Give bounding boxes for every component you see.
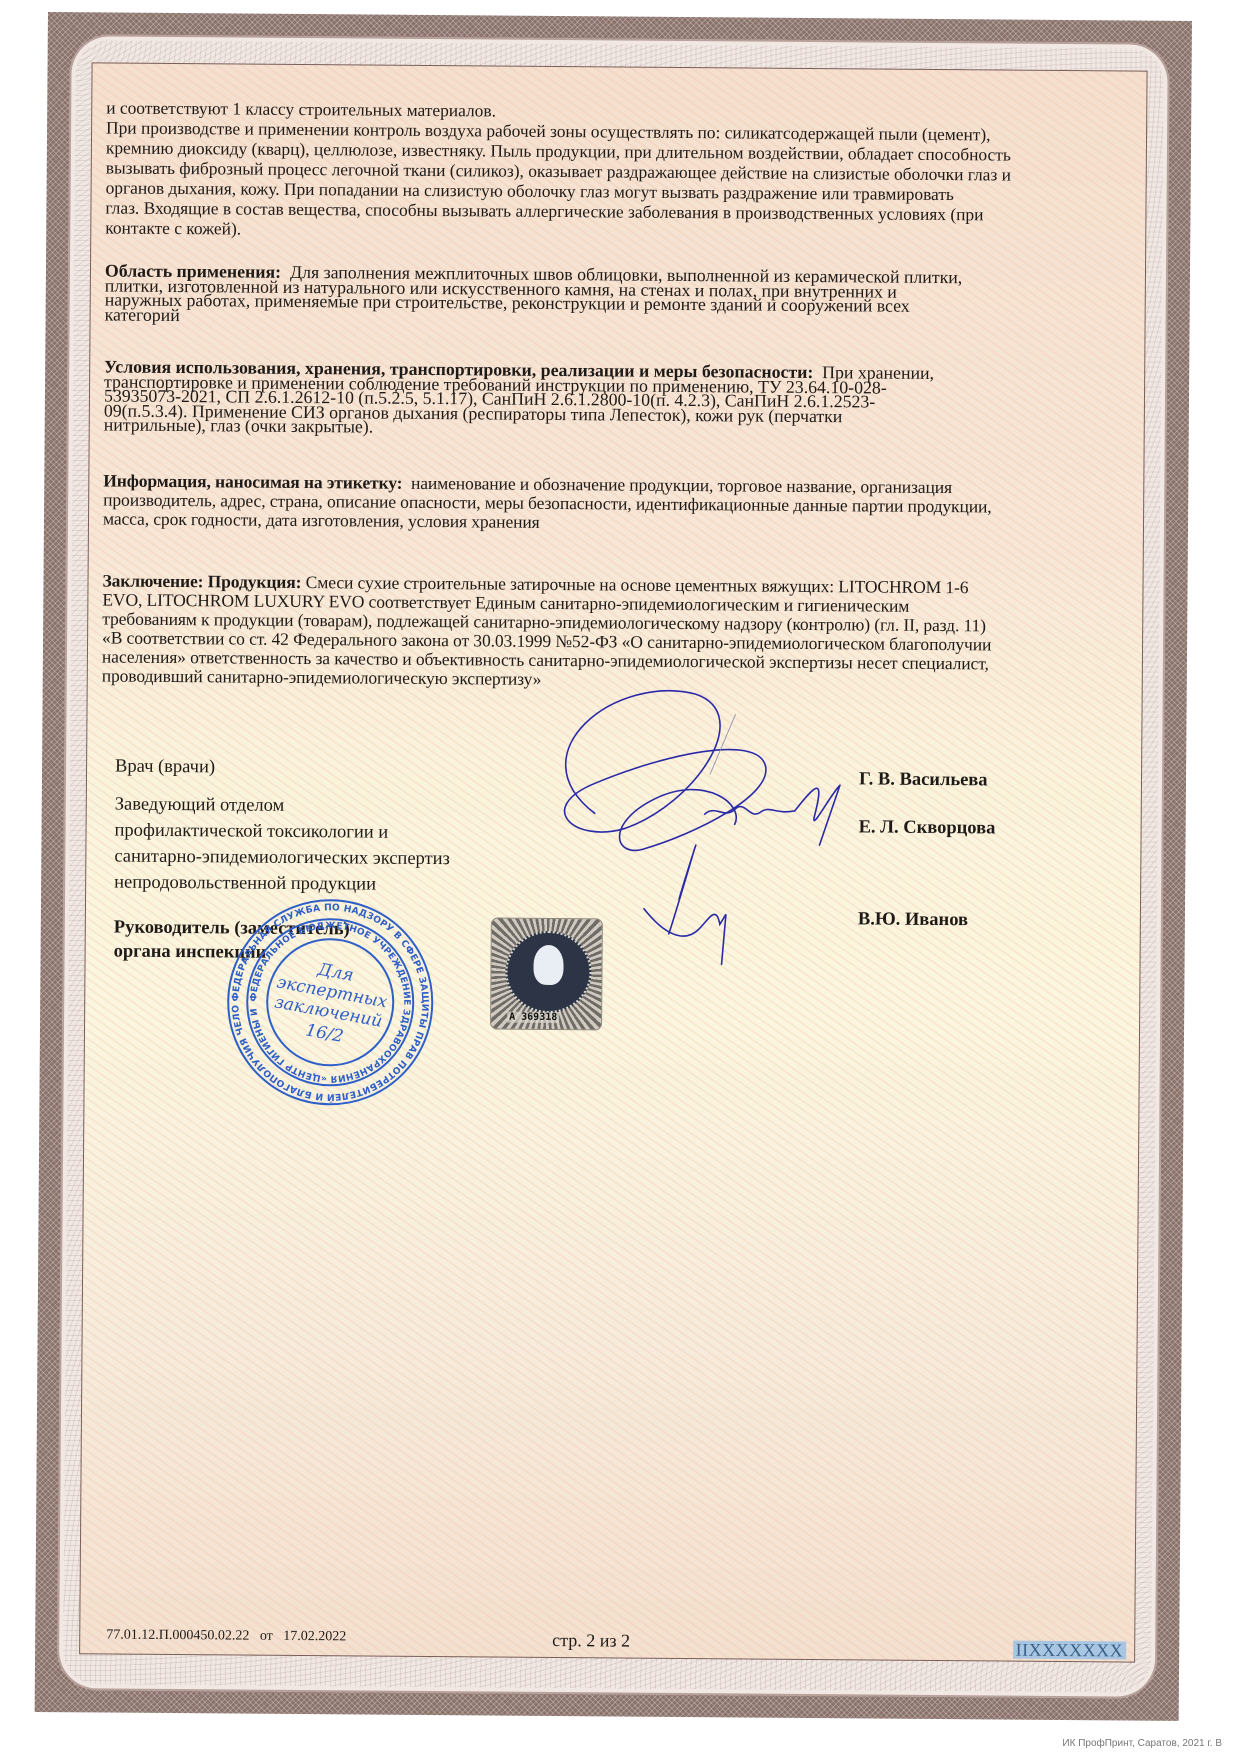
document-number: 77.01.12.П.000450.02.22 от 17.02.2022 <box>106 1628 346 1646</box>
hazard-paragraph: и соответствуют 1 классу строительных ма… <box>105 97 1132 245</box>
stamp-center-line: 16/2 <box>304 1020 345 1047</box>
conditions-section: Условия использования, хранения, транспо… <box>104 359 1131 440</box>
security-hologram: А 369318 <box>491 919 602 1030</box>
department-line: непродовольственной продукции <box>114 870 450 899</box>
doc-number: 77.01.12.П.000450.02.22 <box>106 1628 249 1644</box>
name-skvortsova: Е. Л. Скворцова <box>859 817 996 839</box>
conclusion-section: Заключение: Продукция: Смеси сухие строи… <box>102 571 1129 693</box>
official-stamp: ФЕДЕРАЛЬНАЯ СЛУЖБА ПО НАДЗОРУ В СФЕРЕ ЗА… <box>224 896 436 1108</box>
emblem-icon <box>533 945 563 985</box>
page-number: стр. 2 из 2 <box>552 1630 630 1652</box>
department-line: профилактической токсикологии и <box>114 818 450 847</box>
hologram-serial: А 369318 <box>507 1012 559 1023</box>
document-body: и соответствуют 1 классу строительных ма… <box>79 62 1147 1662</box>
department-line: санитарно-эпидемиологических экспертиз <box>114 844 450 873</box>
hologram-emblem-ring <box>505 931 592 1014</box>
name-ivanov: В.Ю. Иванов <box>858 909 968 931</box>
name-vasilyeva: Г. В. Васильева <box>859 769 988 791</box>
doc-date: 17.02.2022 <box>283 1629 346 1644</box>
scope-section: Область применения: Для заполнения межпл… <box>105 263 1131 329</box>
doc-date-prefix: от <box>260 1629 273 1644</box>
doctor-label: Врач (врачи) <box>115 754 451 783</box>
printer-imprint: ИК ПрофПринт, Саратов, 2021 г. В <box>1062 1738 1222 1749</box>
department-line: Заведующий отделом <box>115 792 451 821</box>
form-serial: IIXXXXXXX <box>1013 1641 1127 1660</box>
label-info-section: Информация, наносимая на этикетку: наиме… <box>103 471 1129 536</box>
certificate-sheet: и соответствуют 1 классу строительных ма… <box>35 12 1192 1721</box>
